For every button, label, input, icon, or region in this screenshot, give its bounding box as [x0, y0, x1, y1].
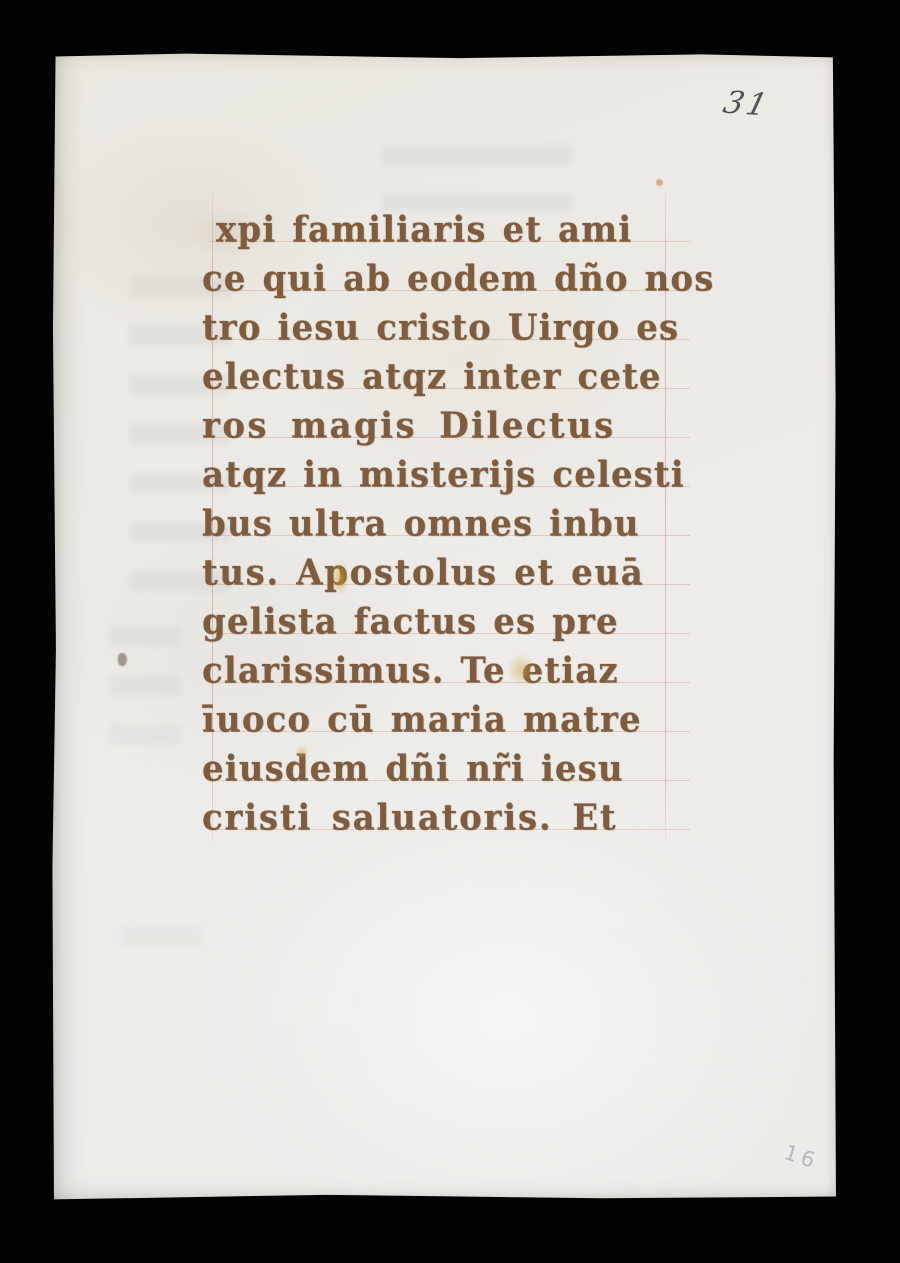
text-line-3: tro iesu cristo Uirgo es	[202, 303, 707, 354]
text-line-9: gelista factus es pre	[202, 597, 707, 648]
text-line-13: cristi saluatoris. Et	[202, 793, 707, 844]
text-line-10: clarissimus. Te etiaz	[202, 646, 707, 697]
text-line-1: xpi familiaris et ami	[202, 205, 707, 256]
verso-showthrough	[110, 613, 180, 763]
dark-speck	[118, 653, 127, 666]
text-line-11: īuoco cū maria matre	[202, 695, 707, 746]
text-line-7: bus ultra omnes inbu	[202, 499, 707, 550]
ink-speck	[656, 179, 663, 186]
pencil-annotation: 16	[781, 1140, 821, 1174]
manuscript-photo: 31 xpi familiaris et ami ce qui ab eodem…	[0, 0, 900, 1263]
verso-showthrough	[122, 913, 202, 973]
photo-background: { "page": { "folio_number": "31", "penci…	[0, 0, 900, 1263]
text-line-6: atqz in misterijs celesti	[202, 450, 707, 501]
folio-number: 31	[720, 85, 799, 125]
text-line-12: eiusdem dñi nr̃i iesu	[202, 744, 707, 795]
text-line-8: tus. Apostolus et euā	[202, 548, 707, 599]
manuscript-leaf: 31 xpi familiaris et ami ce qui ab eodem…	[52, 53, 836, 1200]
text-block: xpi familiaris et ami ce qui ab eodem dñ…	[202, 206, 707, 843]
verso-showthrough	[382, 131, 572, 211]
text-line-2: ce qui ab eodem dño nos	[202, 254, 707, 305]
text-line-4: electus atqz inter cete	[202, 352, 707, 403]
text-line-5: ros magis Dilectus	[202, 401, 707, 452]
